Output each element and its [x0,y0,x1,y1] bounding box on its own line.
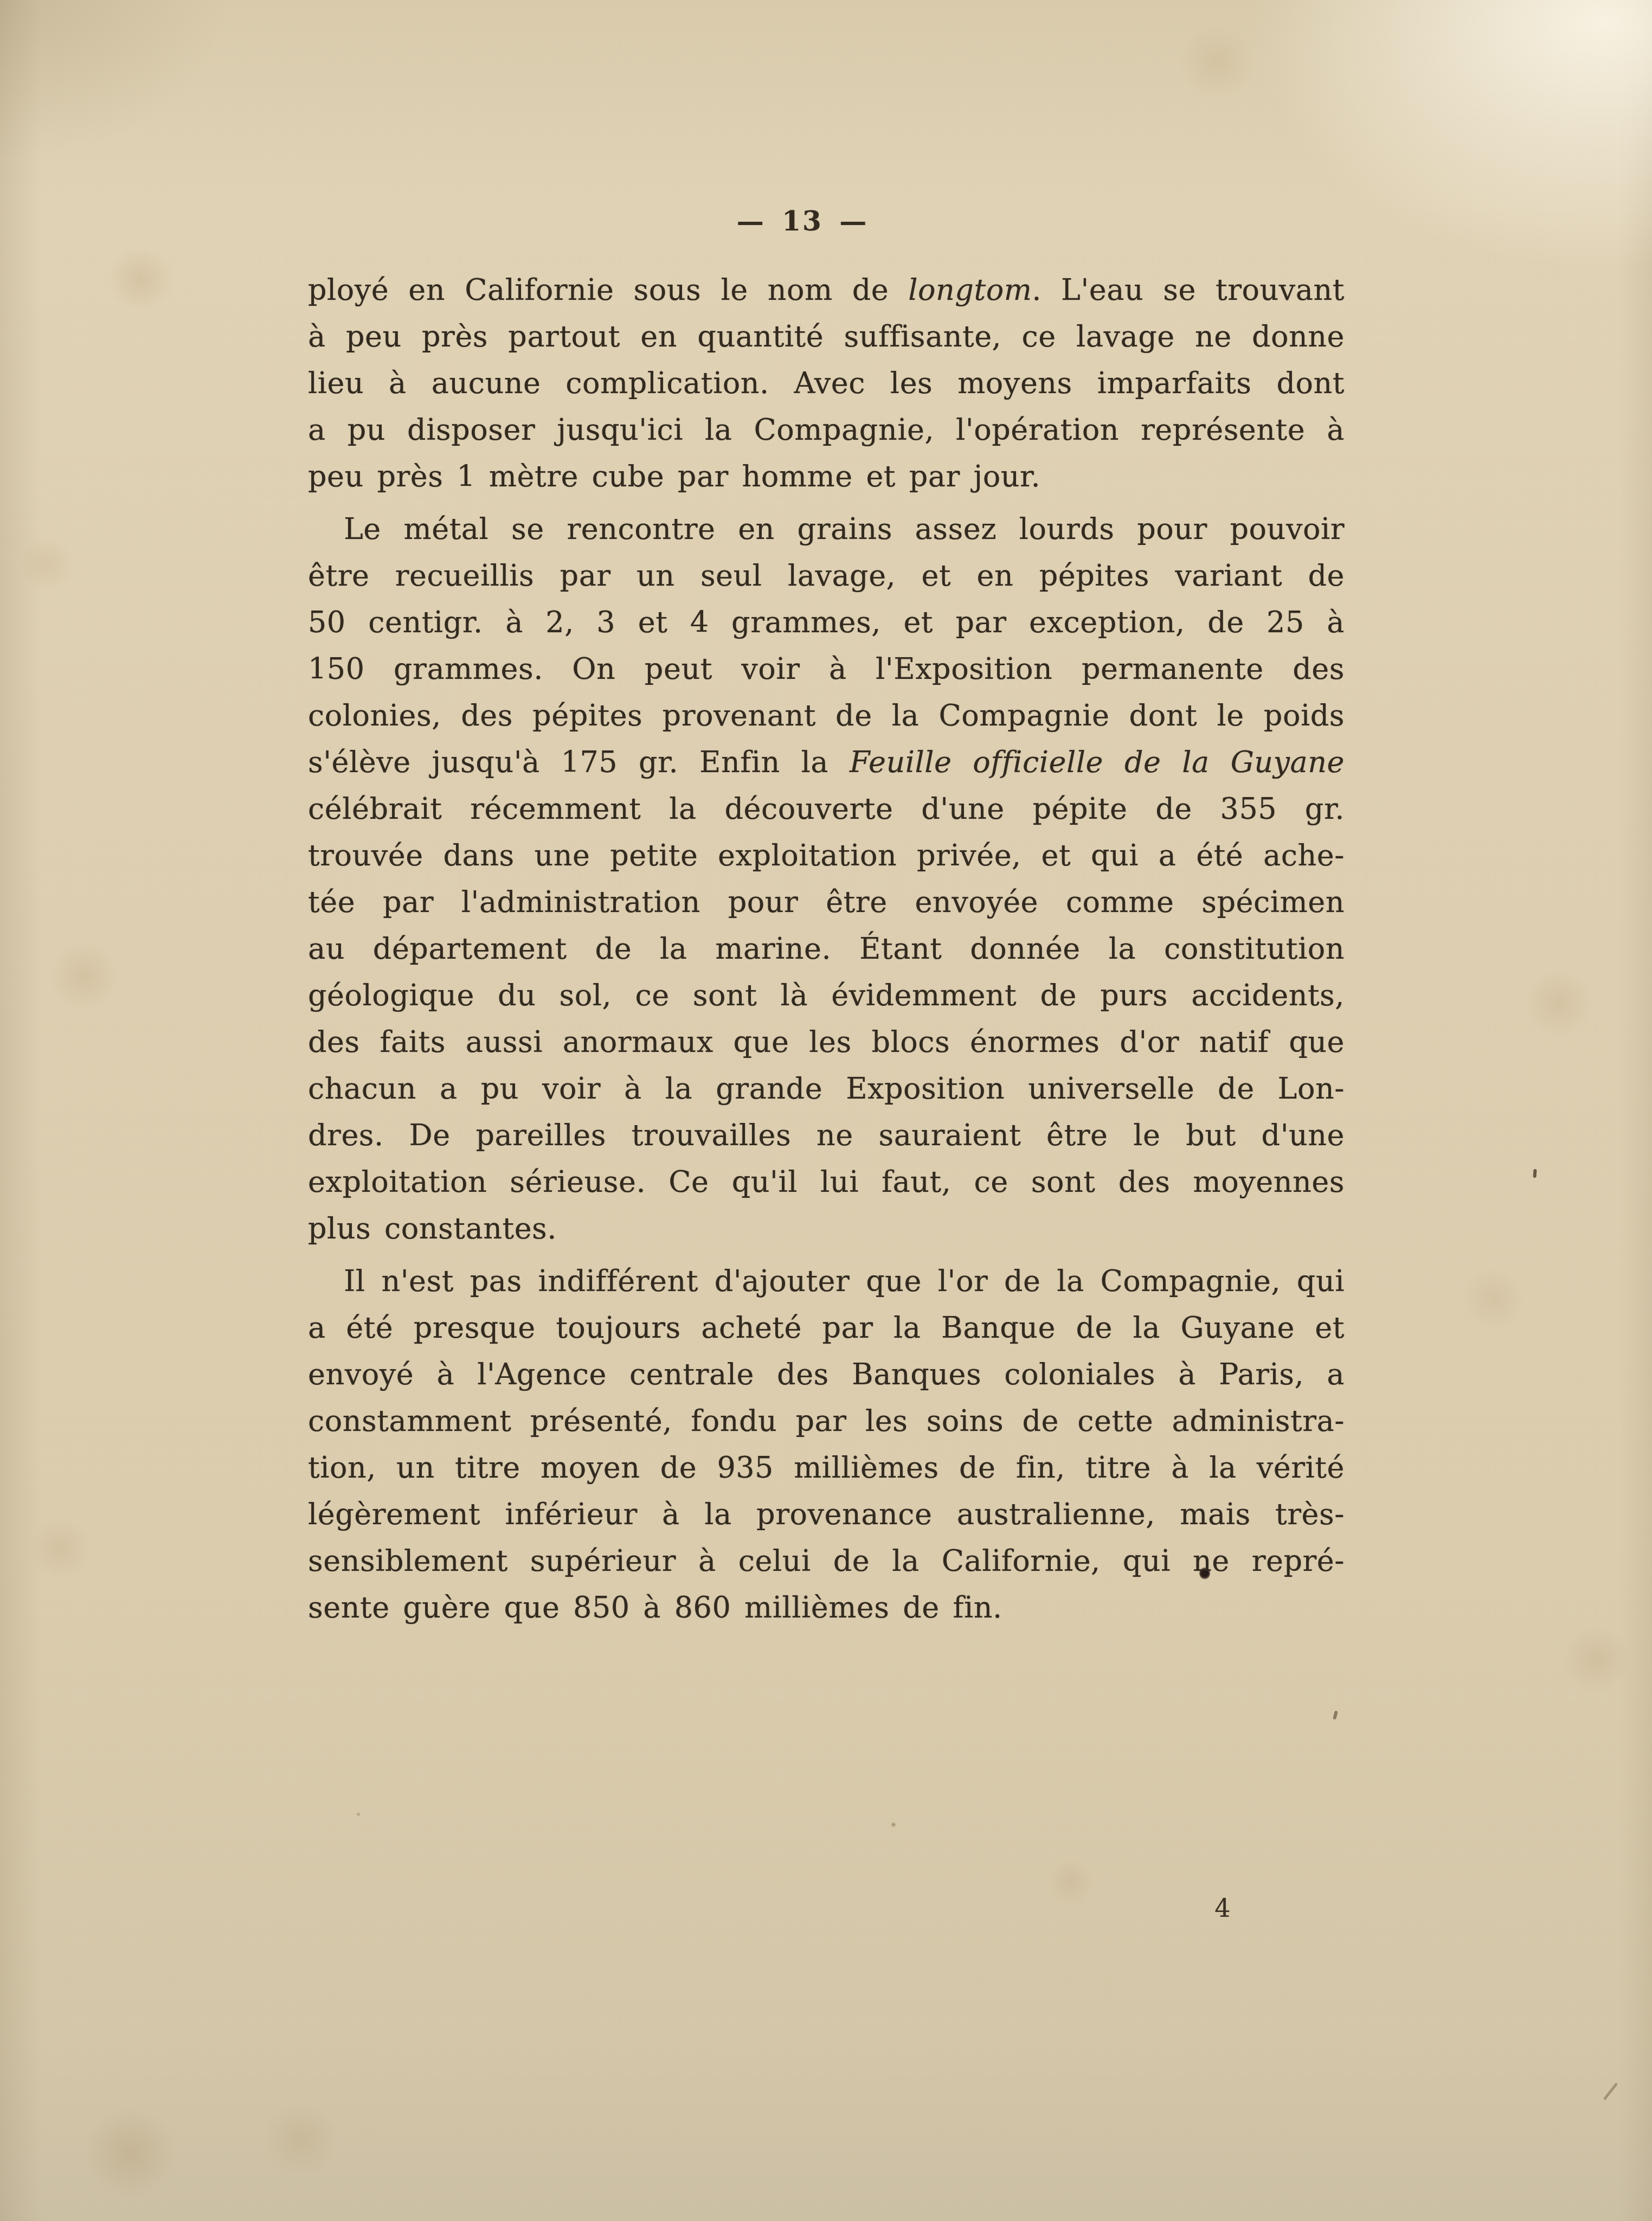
text-run: tée par l'administration pour être envoy… [308,885,1345,919]
text-run: dres. De pareilles trouvailles ne saurai… [308,1118,1345,1152]
text-line: dres. De pareilles trouvailles ne saurai… [308,1112,1345,1159]
paragraph: Le métal se rencontre en grains assez lo… [308,506,1345,1252]
text-line: plus constantes. [308,1205,1345,1252]
text-run: a été presque toujours acheté par la Ban… [308,1311,1345,1345]
text-run: tion, un titre moyen de 935 millièmes de… [308,1450,1345,1485]
text-line: a pu disposer jusqu'ici la Compagnie, l'… [308,407,1345,453]
text-line: peu près 1 mètre cube par homme et par j… [308,453,1345,500]
text-run: Il n'est pas indifférent d'ajouter que l… [344,1264,1345,1298]
text-run: lieu à aucune complication. Avec les moy… [308,366,1345,400]
text-run: géologique du sol, ce sont là évidemment… [308,978,1345,1012]
text-run: plus constantes. [308,1211,557,1246]
text-run: chacun a pu voir à la grande Exposition … [308,1071,1345,1106]
page-number-header: — 13 — [308,206,1297,236]
paragraph: ployé en Californie sous le nom de longt… [308,267,1345,500]
text-line: s'élève jusqu'à 175 gr. Enfin la Feuille… [308,739,1345,786]
text-line: a été presque toujours acheté par la Ban… [308,1305,1345,1351]
text-line: 50 centigr. à 2, 3 et 4 grammes, et par … [308,599,1345,646]
text-run: ployé en Californie sous le nom de [308,273,908,307]
text-run: colonies, des pépites provenant de la Co… [308,698,1345,733]
text-line: constamment présenté, fondu par les soin… [308,1398,1345,1445]
text-run: sensiblement supérieur à celui de la Cal… [308,1544,1345,1578]
text-run: s'élève jusqu'à 175 gr. Enfin la [308,745,850,779]
text-line: tion, un titre moyen de 935 millièmes de… [308,1445,1345,1491]
text-run: 150 grammes. On peut voir à l'Exposition… [308,652,1345,686]
text-run: légèrement inférieur à la provenance aus… [308,1497,1345,1531]
text-line: Le métal se rencontre en grains assez lo… [308,506,1345,553]
text-line: envoyé à l'Agence centrale des Banques c… [308,1351,1345,1398]
text-run-italic: longtom [908,273,1032,307]
text-line: légèrement inférieur à la provenance aus… [308,1491,1345,1538]
text-line: être recueillis par un seul lavage, et e… [308,553,1345,599]
text-run: . L'eau se trouvant [1032,273,1345,307]
text-run: trouvée dans une petite exploitation pri… [308,838,1345,872]
text-run: 50 centigr. à 2, 3 et 4 grammes, et par … [308,605,1345,639]
text-line: colonies, des pépites provenant de la Co… [308,692,1345,739]
text-run: a pu disposer jusqu'ici la Compagnie, l'… [308,413,1345,447]
text-run: sente guère que 850 à 860 millièmes de f… [308,1590,1002,1625]
text-line: ployé en Californie sous le nom de longt… [308,267,1345,313]
text-line: chacun a pu voir à la grande Exposition … [308,1065,1345,1112]
text-run: des faits aussi anormaux que les blocs é… [308,1025,1345,1059]
text-run: peu près 1 mètre cube par homme et par j… [308,459,1040,493]
text-run: à peu près partout en quantité suffisant… [308,319,1345,354]
text-line: célébrait récemment la découverte d'une … [308,786,1345,832]
text-line: au département de la marine. Étant donné… [308,926,1345,972]
text-line: à peu près partout en quantité suffisant… [308,313,1345,360]
text-line: trouvée dans une petite exploitation pri… [308,832,1345,879]
text-run: constamment présenté, fondu par les soin… [308,1404,1345,1438]
text-block: ployé en Californie sous le nom de longt… [308,267,1345,1631]
text-line: sensiblement supérieur à celui de la Cal… [308,1538,1345,1584]
text-run: être recueillis par un seul lavage, et e… [308,559,1345,593]
text-run: exploitation sérieuse. Ce qu'il lui faut… [308,1165,1345,1199]
text-line: lieu à aucune complication. Avec les moy… [308,360,1345,407]
text-line: exploitation sérieuse. Ce qu'il lui faut… [308,1159,1345,1205]
text-line: 150 grammes. On peut voir à l'Exposition… [308,646,1345,692]
text-line: des faits aussi anormaux que les blocs é… [308,1019,1345,1065]
text-run-italic: Feuille officielle de la Guyane [850,745,1345,779]
text-line: tée par l'administration pour être envoy… [308,879,1345,926]
text-line: géologique du sol, ce sont là évidemment… [308,972,1345,1019]
text-run: Le métal se rencontre en grains assez lo… [344,512,1345,546]
text-line: sente guère que 850 à 860 millièmes de f… [308,1584,1345,1631]
text-run: célébrait récemment la découverte d'une … [308,792,1345,826]
paragraph: Il n'est pas indifférent d'ajouter que l… [308,1258,1345,1631]
signature-mark: 4 [1206,1893,1239,1923]
text-run: au département de la marine. Étant donné… [308,932,1345,966]
text-line: Il n'est pas indifférent d'ajouter que l… [308,1258,1345,1305]
text-run: envoyé à l'Agence centrale des Banques c… [308,1357,1345,1391]
